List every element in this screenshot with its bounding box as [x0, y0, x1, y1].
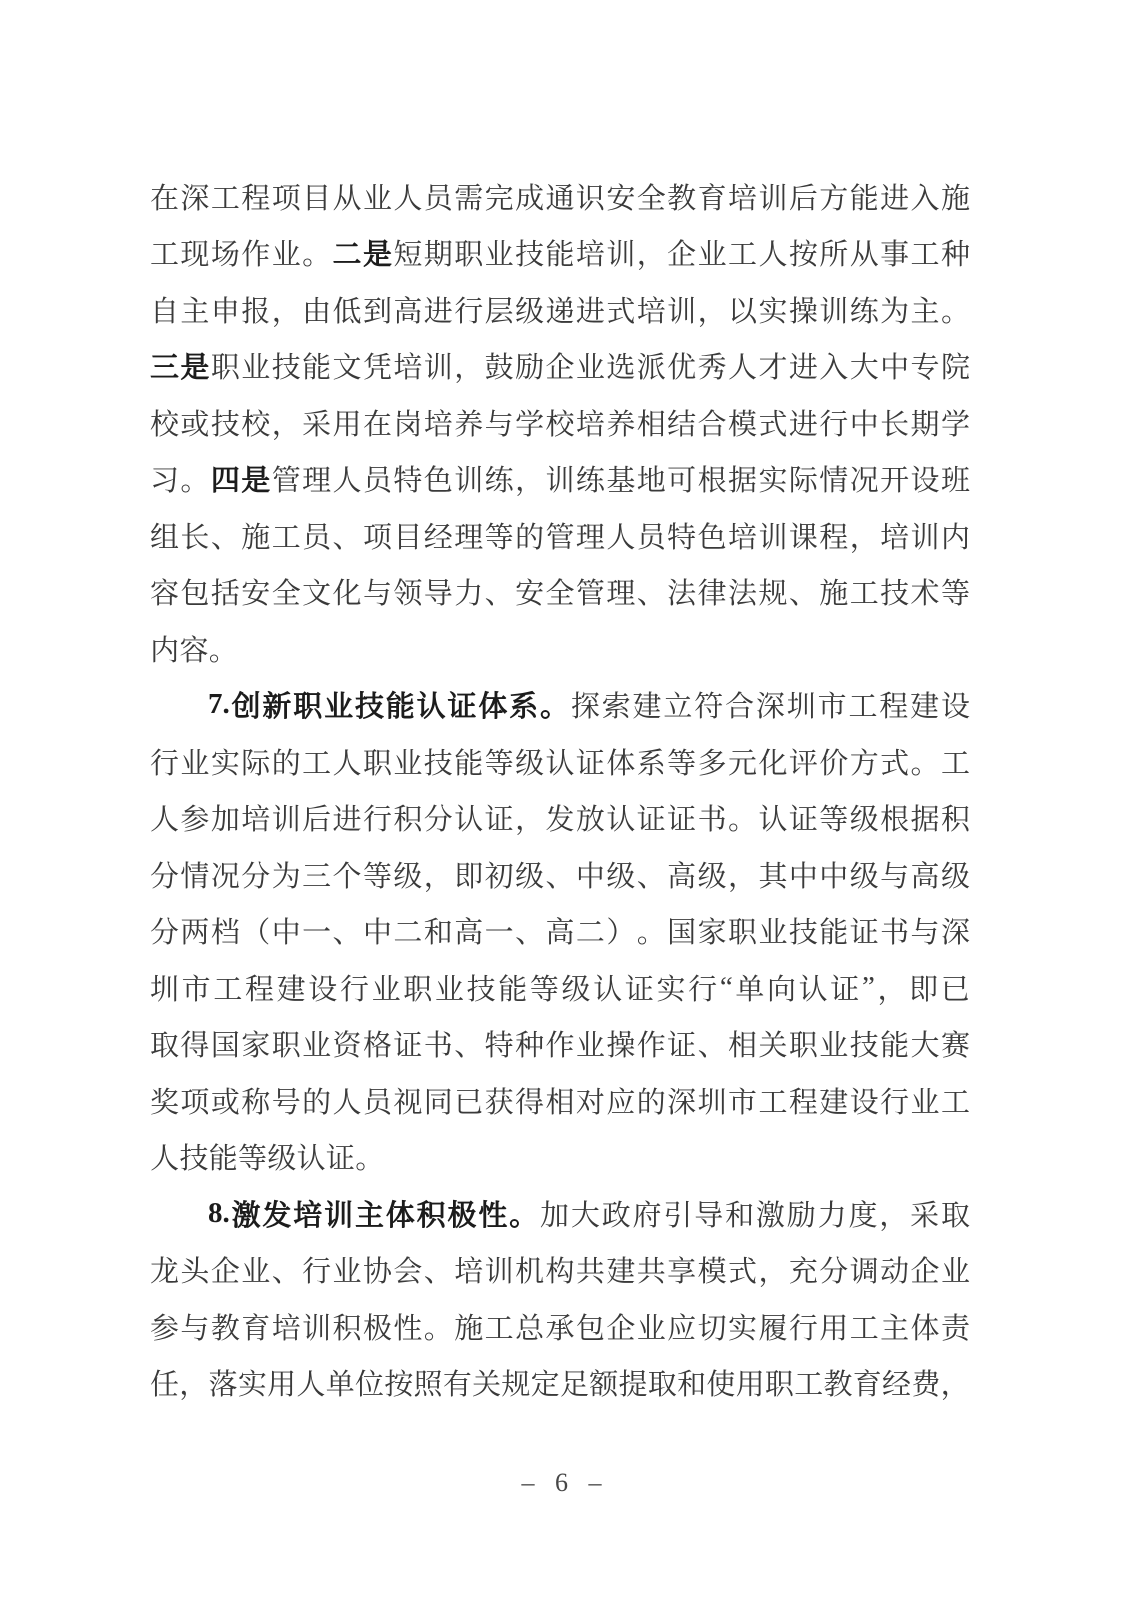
bold-text-run: 极	[447, 1193, 476, 1234]
text-run: 训	[667, 289, 696, 330]
text-run: 式	[758, 402, 787, 443]
text-run: 人	[758, 232, 787, 273]
text-run: 中	[363, 910, 392, 951]
text-run: 认	[454, 797, 483, 838]
text-run: 校	[241, 402, 270, 443]
text-run: 符	[694, 684, 723, 725]
text-run: 赛	[941, 1023, 970, 1064]
text-run: 实	[657, 967, 686, 1008]
text-run: 性	[393, 1306, 422, 1347]
text-run: 初	[485, 854, 514, 895]
text-run: 施	[241, 515, 270, 556]
text-run: 养	[454, 402, 483, 443]
text-run: ，	[515, 458, 544, 499]
text-run: 能	[498, 967, 527, 1008]
text-run: 内	[150, 628, 179, 669]
text-run: 在	[363, 402, 392, 443]
text-run: 业	[241, 345, 270, 386]
text-run: 国	[667, 910, 696, 951]
text-run: 业	[637, 1306, 666, 1347]
text-run: 的	[515, 515, 544, 556]
text-run: 经	[424, 515, 453, 556]
text-run: ）	[606, 910, 635, 951]
text-run: 力	[454, 571, 483, 612]
text-run: 应	[667, 1306, 696, 1347]
text-run: 切	[698, 1306, 727, 1347]
text-run: 技	[211, 402, 240, 443]
text-run: 职	[403, 967, 432, 1008]
text-run: 工	[941, 741, 970, 782]
text-run: 用	[267, 1362, 296, 1403]
text-run: 业	[241, 1249, 270, 1290]
text-run: 分	[424, 797, 453, 838]
text-run: 从	[333, 176, 362, 217]
text-run: 中	[850, 402, 879, 443]
text-run: 励	[515, 345, 544, 386]
text-run: 进	[576, 289, 605, 330]
text-run: 单	[735, 967, 764, 1008]
text-run: 、	[637, 854, 666, 895]
text-run: 能	[545, 232, 574, 273]
text-run: 工	[211, 176, 240, 217]
text-run: 组	[150, 515, 179, 556]
text-run: 工	[728, 232, 757, 273]
text-run: 管	[545, 515, 574, 556]
text-run: 导	[424, 571, 453, 612]
text-run: 层	[485, 289, 514, 330]
text-run: 级	[515, 741, 544, 782]
text-run: 优	[667, 345, 696, 386]
text-run: 等	[485, 741, 514, 782]
text-run: 引	[663, 1193, 692, 1234]
text-run: 体	[606, 741, 635, 782]
text-run: 项	[272, 176, 301, 217]
text-run: 中	[576, 854, 605, 895]
text-run: 圳	[787, 684, 816, 725]
text-run: 事	[880, 232, 909, 273]
text-line: 龙头企业、行业协会、培训机构共建共享模式，充分调动企业	[150, 1242, 970, 1299]
text-line: 取得国家职业资格证书、特种作业操作证、相关职业技能大赛	[150, 1016, 970, 1073]
text-run: 额	[589, 1362, 618, 1403]
text-run: 理	[576, 515, 605, 556]
text-run: 为	[880, 289, 909, 330]
text-run: 业	[363, 176, 392, 217]
text-run: 。	[302, 232, 331, 273]
text-run: 培	[393, 345, 422, 386]
text-run: 员	[637, 515, 666, 556]
text-run: 业	[180, 741, 209, 782]
text-run: 。	[941, 289, 970, 330]
text-run: 业	[576, 1023, 605, 1064]
text-run: 等	[530, 967, 559, 1008]
text-run: 校	[150, 402, 179, 443]
text-run: 领	[393, 571, 422, 612]
text-run: 安	[515, 571, 544, 612]
text-run: 包	[180, 571, 209, 612]
text-run: 立	[663, 684, 692, 725]
text-run: 。	[728, 797, 757, 838]
text-run: 方	[850, 741, 879, 782]
text-run: 色	[424, 458, 453, 499]
text-run: 实	[728, 1306, 757, 1347]
text-run: 能	[302, 345, 331, 386]
text-run: 术	[911, 571, 940, 612]
text-run: 训	[758, 176, 787, 217]
text-run: 机	[515, 1249, 544, 1290]
bold-text-run: 。	[509, 1193, 538, 1234]
bold-text-run: 四	[211, 458, 240, 499]
text-run: 教	[823, 1362, 852, 1403]
text-run: 员	[363, 1080, 392, 1121]
text-run: 其	[758, 854, 787, 895]
text-run: 职	[272, 1023, 301, 1064]
text-run: 训	[454, 458, 483, 499]
text-run: 业	[393, 741, 422, 782]
text-run: 合	[698, 402, 727, 443]
text-run: 人	[333, 458, 362, 499]
text-run: 法	[728, 571, 757, 612]
text-run: 技	[272, 345, 301, 386]
text-run: 取	[941, 1193, 970, 1234]
text-run: 分	[150, 854, 179, 895]
text-run: 业	[576, 345, 605, 386]
page-number: – 6 –	[0, 1468, 1130, 1498]
text-line: 组长、施工员、项目经理等的管理人员特色培训课程，培训内	[150, 507, 970, 564]
text-run: 与	[363, 571, 392, 612]
text-run: 家	[241, 1023, 270, 1064]
text-run: 培	[576, 402, 605, 443]
bold-text-run: 三	[150, 345, 179, 386]
bold-text-run: 二	[333, 232, 362, 273]
text-run: 头	[180, 1249, 209, 1290]
text-run: 会	[393, 1249, 422, 1290]
bold-text-run: 激	[232, 1193, 261, 1234]
text-run: 工	[150, 232, 179, 273]
bold-text-run: 是	[241, 458, 270, 499]
text-run: 模	[698, 1249, 727, 1290]
text-run: 教	[211, 1306, 240, 1347]
text-run: 基	[606, 458, 635, 499]
text-run: 内	[941, 515, 970, 556]
text-run: 对	[576, 1080, 605, 1121]
text-run: 式	[728, 1249, 757, 1290]
text-run: 际	[241, 741, 270, 782]
text-run: 资	[333, 1023, 362, 1064]
text-run: 总	[515, 1306, 544, 1347]
text-run: 、	[424, 1249, 453, 1290]
text-run: 化	[333, 571, 362, 612]
text-run: 和	[725, 1193, 754, 1234]
text-run: 项	[363, 515, 392, 556]
text-run: 位	[355, 1362, 384, 1403]
text-run: 学	[515, 402, 544, 443]
text-run: 定	[531, 1362, 560, 1403]
text-run: 责	[941, 1306, 970, 1347]
text-run: 二	[393, 910, 422, 951]
text-run: 。	[637, 910, 666, 951]
text-run: 视	[393, 1080, 422, 1121]
text-line: 任，落实用人单位按照有关规定足额提取和使用职工教育经费，	[150, 1355, 970, 1412]
text-run: 短	[393, 232, 422, 273]
text-run: 高	[545, 910, 574, 951]
text-run: 工	[850, 1306, 879, 1347]
text-run: 人	[150, 797, 179, 838]
text-run: 调	[850, 1249, 879, 1290]
text-run: 证	[485, 797, 514, 838]
text-run: 格	[363, 1023, 392, 1064]
text-run: 即	[909, 967, 938, 1008]
text-run: 技	[179, 1136, 208, 1177]
text-run: 自	[150, 289, 179, 330]
text-run: 证	[667, 797, 696, 838]
text-run: 文	[333, 345, 362, 386]
text-run: 认	[799, 967, 828, 1008]
text-run: 大	[850, 345, 879, 386]
text-run: 训	[485, 1249, 514, 1290]
text-run: 人	[606, 515, 635, 556]
text-run: 承	[545, 1306, 574, 1347]
text-run: 企	[911, 1249, 940, 1290]
text-run: 证	[789, 797, 818, 838]
text-run: 方	[819, 176, 848, 217]
text-line: 习。四是管理人员特色训练，训练基地可根据实际情况开设班	[150, 451, 970, 508]
text-run: 全	[272, 571, 301, 612]
text-run: 作	[637, 1023, 666, 1064]
text-run: 可	[667, 458, 696, 499]
text-run: 能	[454, 741, 483, 782]
text-run: 相	[545, 1080, 574, 1121]
text-run: 单	[326, 1362, 355, 1403]
text-line: 人参加培训后进行积分认证，发放认证证书。认证等级根据积	[150, 790, 970, 847]
text-run: 申	[211, 289, 240, 330]
text-run: 行	[150, 741, 179, 782]
text-run: 、	[789, 571, 818, 612]
text-run: 工	[272, 515, 301, 556]
text-run: 等	[667, 741, 696, 782]
text-run: 证	[667, 1023, 696, 1064]
text-run: 特	[393, 458, 422, 499]
text-run: 大	[571, 1193, 600, 1234]
text-line: 分情况分为三个等级，即初级、中级、高级，其中中级与高级	[150, 846, 970, 903]
text-run: 。	[424, 1306, 453, 1347]
text-run: 入	[911, 176, 940, 217]
text-run: 工	[794, 1362, 823, 1403]
text-run: 特	[667, 515, 696, 556]
bold-text-run: 主	[355, 1193, 384, 1234]
text-run: 圳	[150, 967, 179, 1008]
text-run: 认	[593, 967, 622, 1008]
text-run: 足	[560, 1362, 589, 1403]
text-run: 与	[485, 402, 514, 443]
text-run: 安	[241, 571, 270, 612]
text-run: 履	[758, 1306, 787, 1347]
text-run: 建	[277, 967, 306, 1008]
text-run: 能	[850, 176, 879, 217]
text-run: 程	[245, 967, 274, 1008]
text-run: 操	[606, 1023, 635, 1064]
text-run: 或	[180, 402, 209, 443]
text-run: 相	[637, 402, 666, 443]
text-run: 级	[515, 854, 544, 895]
text-run: 操	[789, 289, 818, 330]
text-run: 奖	[150, 1080, 179, 1121]
text-run: 以	[728, 289, 757, 330]
bold-text-run: 培	[293, 1193, 322, 1234]
text-run: 现	[180, 232, 209, 273]
text-run: 培	[728, 176, 757, 217]
text-run: ，	[758, 1249, 787, 1290]
text-run: 高	[454, 910, 483, 951]
bold-text-run: 7.	[208, 688, 230, 721]
text-run: ，	[877, 967, 906, 1008]
text-run: 。	[911, 741, 940, 782]
text-run: 育	[698, 176, 727, 217]
text-run: 等	[819, 797, 848, 838]
text-run: 识	[576, 176, 605, 217]
text-run: 级	[850, 797, 879, 838]
text-run: 进	[789, 402, 818, 443]
text-run: 培	[272, 1306, 301, 1347]
text-run: 中	[272, 910, 301, 951]
text-run: 、	[272, 1249, 301, 1290]
text-run: 证	[326, 1136, 355, 1177]
text-run: ，	[637, 232, 666, 273]
text-run: 结	[667, 402, 696, 443]
text-run: 建	[606, 1249, 635, 1290]
text-run: 设	[941, 684, 970, 725]
text-run: 选	[606, 345, 635, 386]
text-run: 参	[180, 797, 209, 838]
text-run: 加	[540, 1193, 569, 1234]
text-run: 派	[637, 345, 666, 386]
text-run: 练	[850, 289, 879, 330]
text-run: ，	[179, 1362, 208, 1403]
text-run: 和	[424, 910, 453, 951]
text-run: 行	[819, 402, 848, 443]
text-run: 相	[728, 1023, 757, 1064]
text-run: ，	[424, 854, 453, 895]
text-run: 专	[911, 345, 940, 386]
text-run: 理	[302, 458, 331, 499]
text-run: 激	[756, 1193, 785, 1234]
text-run: 包	[576, 1306, 605, 1347]
text-run: 育	[853, 1362, 882, 1403]
text-run: 程	[819, 515, 848, 556]
text-run: 照	[414, 1362, 443, 1403]
text-run: 练	[576, 458, 605, 499]
text-run: 业	[435, 967, 464, 1008]
text-run: ”	[862, 971, 875, 1004]
text-run: 度	[848, 1193, 877, 1234]
text-run: 用	[819, 1306, 848, 1347]
text-run: 深	[667, 1080, 696, 1121]
bold-text-run: 性	[478, 1193, 507, 1234]
text-run: 练	[485, 458, 514, 499]
text-run: 落	[209, 1362, 238, 1403]
text-run: ，	[272, 289, 301, 330]
text-run: 充	[789, 1249, 818, 1290]
text-run: 探	[571, 684, 600, 725]
text-run: 规	[501, 1362, 530, 1403]
text-run: 业	[372, 967, 401, 1008]
text-run: 训	[424, 345, 453, 386]
bold-text-run: 新	[262, 684, 291, 725]
text-run: 动	[880, 1249, 909, 1290]
text-run: 业	[698, 232, 727, 273]
text-run: 书	[424, 1023, 453, 1064]
text-run: 作	[241, 232, 270, 273]
text-run: 情	[180, 854, 209, 895]
text-run: 养	[606, 402, 635, 443]
text-run: 员	[363, 458, 392, 499]
text-run: 业	[758, 910, 787, 951]
text-run: 技	[515, 232, 544, 273]
text-run: 校	[545, 402, 574, 443]
text-run: 级	[606, 854, 635, 895]
text-run: 放	[576, 797, 605, 838]
text-run: 档	[211, 910, 240, 951]
text-run: 管	[576, 571, 605, 612]
text-run: 与	[880, 854, 909, 895]
text-run: 提	[619, 1362, 648, 1403]
text-run: 况	[211, 854, 240, 895]
bold-text-run: 体	[478, 684, 507, 725]
text-line: 校或技校，采用在岗培养与学校培养相结合模式进行中长期学	[150, 394, 970, 451]
text-run: 设	[911, 458, 940, 499]
text-run: 人	[393, 176, 422, 217]
bold-text-run: 训	[324, 1193, 353, 1234]
text-run: 式	[880, 741, 909, 782]
text-run: 的	[302, 1080, 331, 1121]
text-run: 得	[515, 1080, 544, 1121]
text-run: 证	[850, 910, 879, 951]
text-run: 培	[728, 515, 757, 556]
text-run: 技	[880, 571, 909, 612]
text-run: 期	[911, 402, 940, 443]
text-run: 用	[333, 402, 362, 443]
text-run: 费	[911, 1362, 940, 1403]
text-run: 称	[241, 1080, 270, 1121]
text-run: 职	[363, 741, 392, 782]
text-run: 企	[211, 1249, 240, 1290]
text-run: 通	[545, 176, 574, 217]
text-run: 程	[879, 684, 908, 725]
text-run: 业	[333, 1249, 362, 1290]
text-run: 认	[606, 797, 635, 838]
text-run: 情	[819, 458, 848, 499]
text-run: 按	[384, 1362, 413, 1403]
text-run: 采	[910, 1193, 939, 1234]
text-run: 关	[758, 1023, 787, 1064]
text-run: 际	[789, 458, 818, 499]
text-run: 训	[758, 515, 787, 556]
text-run: 府	[633, 1193, 662, 1234]
text-run: 建	[819, 1080, 848, 1121]
text-run: 实	[211, 741, 240, 782]
text-run: 价	[819, 741, 848, 782]
text-run: 作	[545, 1023, 574, 1064]
text-run: 分	[150, 910, 179, 951]
text-run: 完	[485, 176, 514, 217]
text-run: 主	[911, 289, 940, 330]
text-run: 理	[606, 571, 635, 612]
text-run: 实	[758, 289, 787, 330]
text-run: 、	[333, 910, 362, 951]
text-line: 分两档（中一、中二和高一、高二）。国家职业技能证书与深	[150, 903, 970, 960]
text-line: 8.激发培训主体积极性。加大政府引导和激励力度，采取	[150, 1185, 970, 1242]
text-run: ，	[698, 289, 727, 330]
text-run: 主	[180, 289, 209, 330]
